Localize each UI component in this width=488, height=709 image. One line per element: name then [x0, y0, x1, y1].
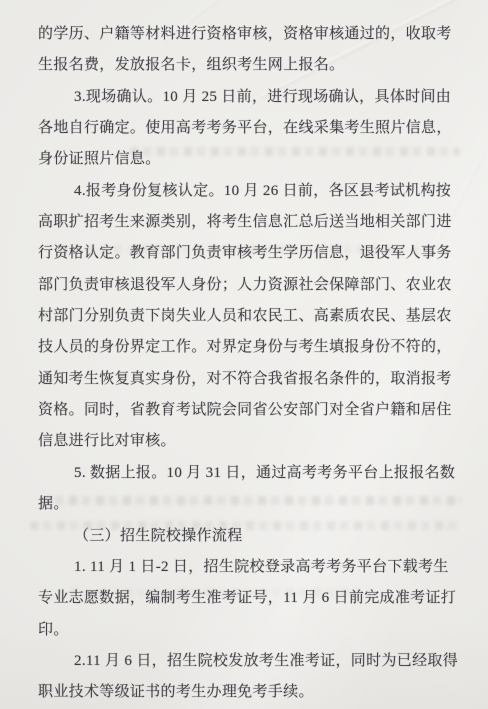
- text-line: 5. 数据上报。10 月 31 日，通过高考考务平台上报报名数: [38, 458, 454, 489]
- text-line: 行资格认定。教育部门负责审核考生学历信息，退役军人事务: [38, 238, 454, 269]
- text-line: 的学历、户籍等材料进行资格审核，资格审核通过的，收取考: [38, 19, 454, 50]
- text-line: 专业志愿数据，编制考生准考证号，11 月 6 日前完成准考证打: [38, 583, 454, 614]
- text-line: 资格。同时，省教育考试院会同省公安部门对全省户籍和居住: [38, 395, 454, 426]
- text-line: 职业技术等级证书的考生办理免考手续。: [38, 677, 454, 708]
- text-line: 各地自行确定。使用高考考务平台，在线采集考生照片信息，: [38, 113, 454, 144]
- text-line: 4.报考身份复核认定。10 月 26 日前，各区县考试机构按: [38, 176, 454, 207]
- text-line: 2.11 月 6 日，招生院校发放考生准考证，同时为已经取得: [38, 646, 454, 677]
- text-line: 信息进行比对审核。: [38, 426, 454, 457]
- text-line: （三）招生院校操作流程: [38, 521, 454, 552]
- text-line: 生报名费，发放报名卡，组织考生网上报名。: [38, 50, 454, 81]
- text-line: 身份证照片信息。: [38, 144, 454, 175]
- text-line: 印。: [38, 615, 454, 646]
- text-line: 部门负责审核退役军人身份；人力资源社会保障部门、农业农: [38, 270, 454, 301]
- scanned-document-page: 的学历、户籍等材料进行资格审核，资格审核通过的，收取考生报名费，发放报名卡，组织…: [0, 0, 488, 709]
- text-line: 1. 11 月 1 日-2 日，招生院校登录高考考务平台下载考生: [38, 552, 454, 583]
- text-line: 据。: [38, 489, 454, 520]
- text-line: 高职扩招考生来源类别，将考生信息汇总后送当地相关部门进: [38, 207, 454, 238]
- text-line: 通知考生恢复真实身份，对不符合我省报名条件的，取消报考: [38, 364, 454, 395]
- text-line: 3.现场确认。10 月 25 日前，进行现场确认，具体时间由: [38, 82, 454, 113]
- text-line: 技人员的身份界定工作。对界定身份与考生填报身份不符的，: [38, 332, 454, 363]
- text-line: 村部门分别负责下岗失业人员和农民工、高素质农民、基层农: [38, 301, 454, 332]
- document-text-block: 的学历、户籍等材料进行资格审核，资格审核通过的，收取考生报名费，发放报名卡，组织…: [38, 19, 454, 709]
